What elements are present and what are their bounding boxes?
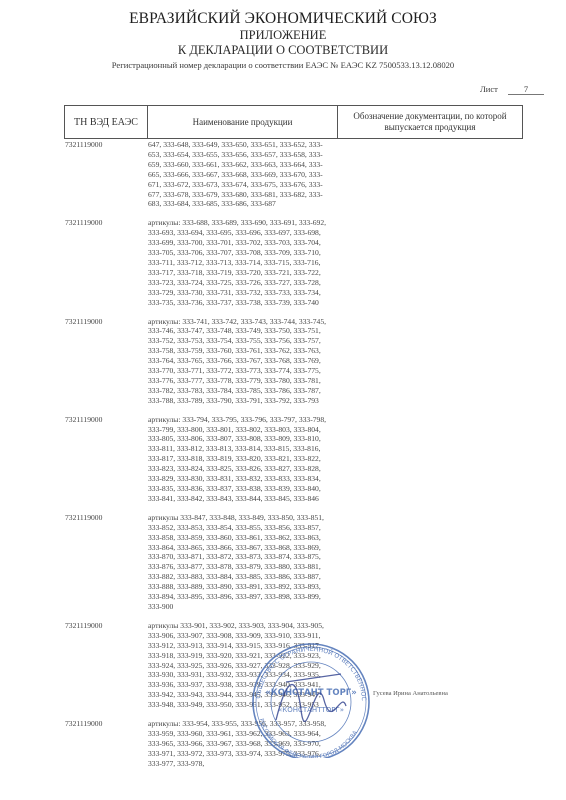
table-row: 7321119000 артикулы: 333-741, 333-742, 3… xyxy=(64,317,524,406)
table-header: ТН ВЭД ЕАЭС Наименование продукции Обозн… xyxy=(64,105,523,139)
row-description: 647, 333-648, 333-649, 333-650, 333-651,… xyxy=(148,140,331,209)
row-code: 7321119000 xyxy=(64,140,148,209)
sheet-indicator: Лист 7 xyxy=(480,84,544,95)
table-row: 7321119000 артикулы 333-847, 333-848, 33… xyxy=(64,513,524,612)
table-row: 7321119000 артикулы: 333-688, 333-689, 3… xyxy=(64,218,524,307)
sheet-label: Лист xyxy=(480,84,498,94)
table-row: 7321119000 артикулы: 333-794, 333-795, 3… xyxy=(64,415,524,504)
signatory-name: Гусева Ирина Анатольевна xyxy=(373,690,448,697)
row-code: 7321119000 xyxy=(64,317,148,406)
row-description: артикулы 333-847, 333-848, 333-849, 333-… xyxy=(148,513,331,612)
sheet-number: 7 xyxy=(508,84,544,95)
appendix-title: ПРИЛОЖЕНИЕ xyxy=(0,28,566,43)
company-stamp: ОБЩЕСТВО С ОГРАНИЧЕННОЙ ОТВЕТСТВЕННОСТЬЮ… xyxy=(246,640,376,758)
row-description: артикулы: 333-741, 333-742, 333-743, 333… xyxy=(148,317,331,406)
row-code: 7321119000 xyxy=(64,415,148,504)
stamp-bottom-text: РОССИЙСКАЯ ФЕДЕРАЦИЯ ГОРОД МОСКВА xyxy=(258,718,359,758)
table-row: 7321119000 647, 333-648, 333-649, 333-65… xyxy=(64,140,524,209)
row-code: 7321119000 xyxy=(64,621,148,710)
column-header-product: Наименование продукции xyxy=(148,106,338,139)
row-description: артикулы: 333-794, 333-795, 333-796, 333… xyxy=(148,415,331,504)
column-header-documentation: Обозначение документации, по которой вып… xyxy=(338,106,523,139)
row-code: 7321119000 xyxy=(64,513,148,612)
row-code: 7321119000 xyxy=(64,719,148,769)
union-heading: ЕВРАЗИЙСКИЙ ЭКОНОМИЧЕСКИЙ СОЮЗ xyxy=(0,10,566,28)
registration-number: Регистрационный номер декларации о соотв… xyxy=(0,60,566,70)
appendix-subtitle: К ДЕКЛАРАЦИИ О СООТВЕТСТВИИ xyxy=(0,43,566,58)
column-header-code: ТН ВЭД ЕАЭС xyxy=(65,106,148,139)
row-description: артикулы: 333-688, 333-689, 333-690, 333… xyxy=(148,218,331,307)
stamp-name-1: «КОНСТАНТ ТОРГ» xyxy=(265,688,356,698)
row-code: 7321119000 xyxy=(64,218,148,307)
